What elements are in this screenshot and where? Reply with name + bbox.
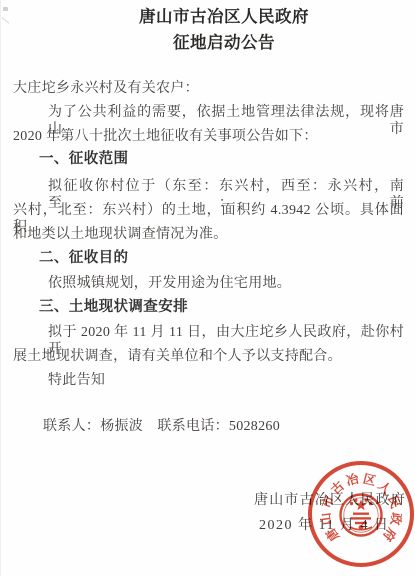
section-heading-3: 三、土地现状调查安排 <box>39 299 188 316</box>
svg-text:市: 市 <box>318 493 337 510</box>
scan-speck <box>3 7 8 11</box>
section-heading-1: 一、征收范围 <box>39 151 128 168</box>
svg-text:古: 古 <box>328 478 348 498</box>
svg-text:冶: 冶 <box>345 471 361 489</box>
closing-line: 特此告知 <box>48 372 105 389</box>
announcement-document: 唐山市古冶区人民政府 征地启动公告 大庄坨乡永兴村及有关农户： 为了公共利益的需… <box>0 0 415 576</box>
scan-scratch <box>2 17 10 23</box>
body-line: 依照城镇规划，开发用途为住宅用地。 <box>48 275 291 292</box>
salutation-line: 大庄坨乡永兴村及有关农户： <box>13 80 199 97</box>
svg-text:山: 山 <box>319 512 335 526</box>
svg-text:府: 府 <box>380 525 400 544</box>
svg-text:人: 人 <box>375 479 394 498</box>
body-line: 2020 年第八十批次土地征收有关事项公告如下： <box>13 128 318 145</box>
svg-text:唐: 唐 <box>322 525 342 544</box>
svg-text:民: 民 <box>385 494 403 511</box>
document-title-line1: 唐山市古冶区人民政府 <box>17 3 415 27</box>
svg-text:区: 区 <box>362 471 378 489</box>
body-line: 展土地现状调查，请有关单位和个人予以支持配合。 <box>13 348 342 365</box>
official-seal: 唐山市古冶区人民政府 <box>306 459 415 569</box>
contact-line: 联系人：杨振波 联系电话：5028260 <box>43 418 280 435</box>
national-emblem-icon <box>341 495 382 536</box>
svg-text:政: 政 <box>388 511 405 527</box>
section-heading-2: 二、征收目的 <box>39 250 128 267</box>
body-line: 和地类以土地现状调查情况为准。 <box>13 226 228 243</box>
document-title-line2: 征地启动公告 <box>17 29 415 53</box>
